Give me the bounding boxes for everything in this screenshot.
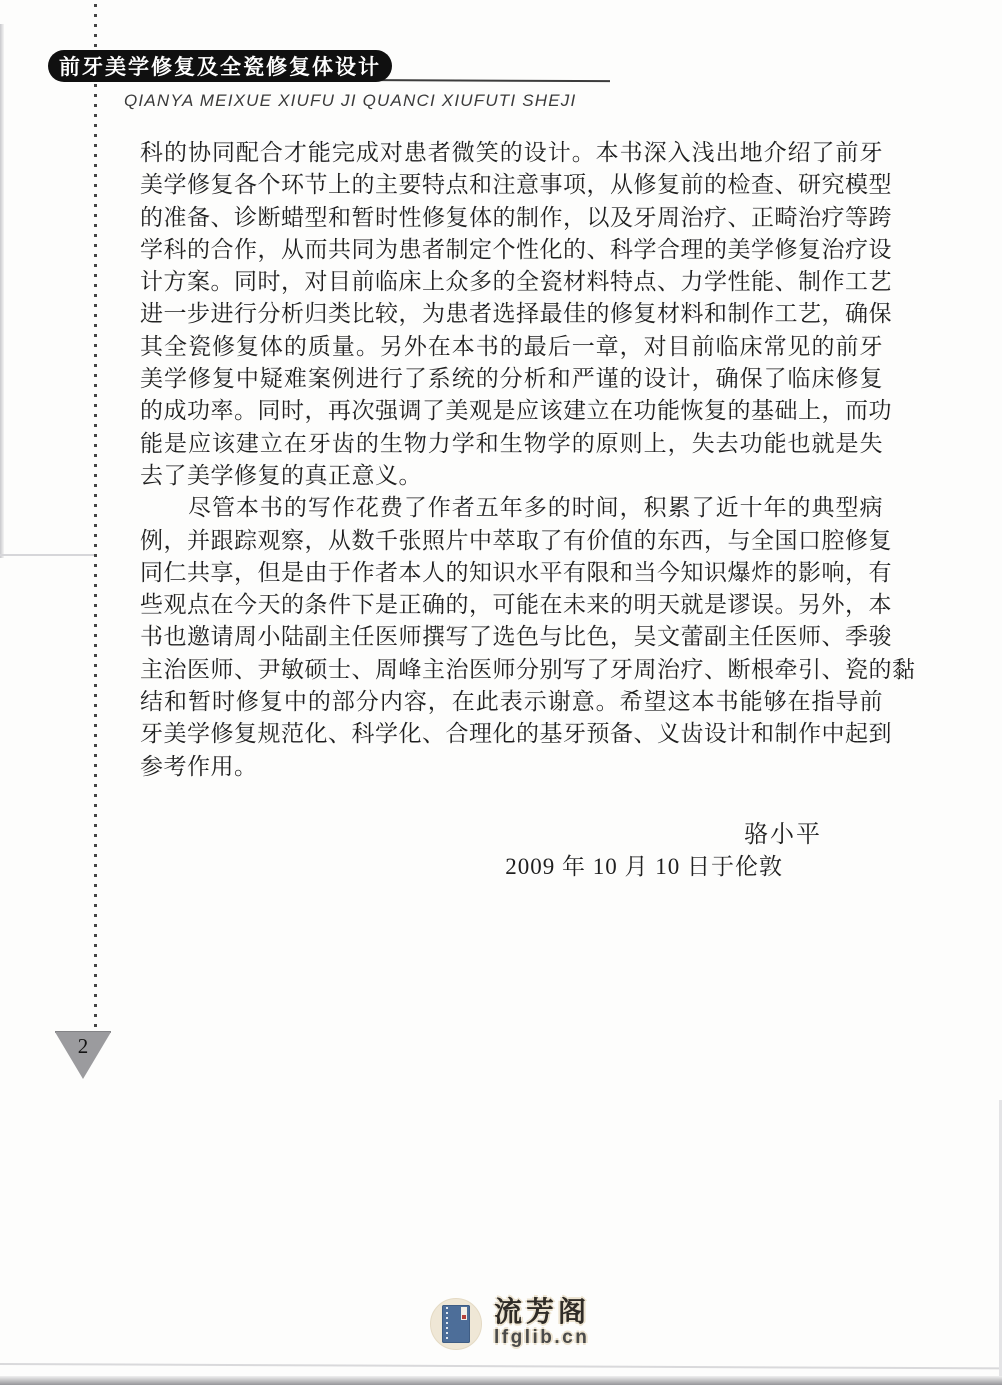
scanned-page: 前牙美学修复及全瓷修复体设计 QIANYA MEIXUE XIUFU JI QU… [0,0,1002,1385]
scan-fold-line [0,554,94,556]
watermark: 流芳阁 lfglib.cn [430,1298,590,1350]
text-line: 能是应该建立在牙齿的生物力学和生物学的原则上，失去功能也就是失 [140,428,883,460]
text-line: 些观点在今天的条件下是正确的，可能在未来的明天就是谬误。另外，本 [140,589,883,621]
text-line: 美学修复各个环节上的主要特点和注意事项，从修复前的检查、研究模型 [140,169,883,201]
page-edge-shadow-left [0,24,4,558]
text-line: 科的协同配合才能完成对患者微笑的设计。本书深入浅出地介绍了前牙 [140,137,883,169]
chapter-banner: 前牙美学修复及全瓷修复体设计 [48,50,392,82]
page-number: 2 [55,1034,111,1059]
text-line: 其全瓷修复体的质量。另外在本书的最后一章，对目前临床常见的前牙 [140,331,883,363]
text-line: 美学修复中疑难案例进行了系统的分析和严谨的设计，确保了临床修复 [140,363,883,395]
date-location-line: 2009 年 10 月 10 日于伦敦 [140,848,783,881]
text-line: 同仁共享，但是由于作者本人的知识水平有限和当今知识爆炸的影响，有 [140,557,883,589]
text-line: 的成功率。同时，再次强调了美观是应该建立在功能恢复的基础上，而功 [140,395,883,427]
book-label-icon [461,1307,467,1320]
text-line: 主治医师、尹敏硕士、周峰主治医师分别写了牙周治疗、断根牵引、瓷的黏 [140,654,883,686]
dotted-vertical-rule [94,4,97,1032]
romanized-subtitle: QIANYA MEIXUE XIUFU JI QUANCI XIUFUTI SH… [124,91,576,111]
preface-body: 科的协同配合才能完成对患者微笑的设计。本书深入浅出地介绍了前牙美学修复各个环节上… [140,137,883,783]
paragraph-2: 尽管本书的写作花费了作者五年多的时间，积累了近十年的典型病例，并跟踪观察，从数千… [140,492,883,783]
text-line: 的准备、诊断蜡型和暂时性修复体的制作，以及牙周治疗、正畸治疗等跨 [140,202,883,234]
watermark-site-name: 流芳阁 [494,1298,590,1328]
text-line: 参考作用。 [140,751,883,783]
text-line: 去了美学修复的真正意义。 [140,460,883,492]
book-cover-icon [442,1305,470,1343]
book-icon [430,1298,482,1350]
text-line: 进一步进行分析归类比较，为患者选择最佳的修复材料和制作工艺，确保 [140,298,883,330]
text-line: 书也邀请周小陆副主任医师撰写了选色与比色，吴文蕾副主任医师、季骏 [140,621,883,653]
text-line: 牙美学修复规范化、科学化、合理化的基牙预备、义齿设计和制作中起到 [140,718,883,750]
text-line: 结和暂时修复中的部分内容，在此表示谢意。希望这本书能够在指导前 [140,686,883,718]
header-rule [350,79,610,82]
watermark-domain: lfglib.cn [494,1328,590,1348]
text-line: 尽管本书的写作花费了作者五年多的时间，积累了近十年的典型病 [140,492,883,524]
scan-curve-line [0,1363,1002,1369]
text-line: 计方案。同时，对目前临床上众多的全瓷材料特点、力学性能、制作工艺 [140,266,883,298]
page-edge-shadow-bottom [0,1376,1002,1385]
text-line: 学科的合作，从而共同为患者制定个性化的、科学合理的美学修复治疗设 [140,234,883,266]
watermark-text: 流芳阁 lfglib.cn [494,1298,590,1348]
paragraph-1: 科的协同配合才能完成对患者微笑的设计。本书深入浅出地介绍了前牙美学修复各个环节上… [140,137,883,492]
banner-title: 前牙美学修复及全瓷修复体设计 [59,51,381,81]
author-signature: 骆小平 [140,814,822,849]
text-line: 例，并跟踪观察，从数千张照片中萃取了有价值的东西，与全国口腔修复 [140,525,883,557]
